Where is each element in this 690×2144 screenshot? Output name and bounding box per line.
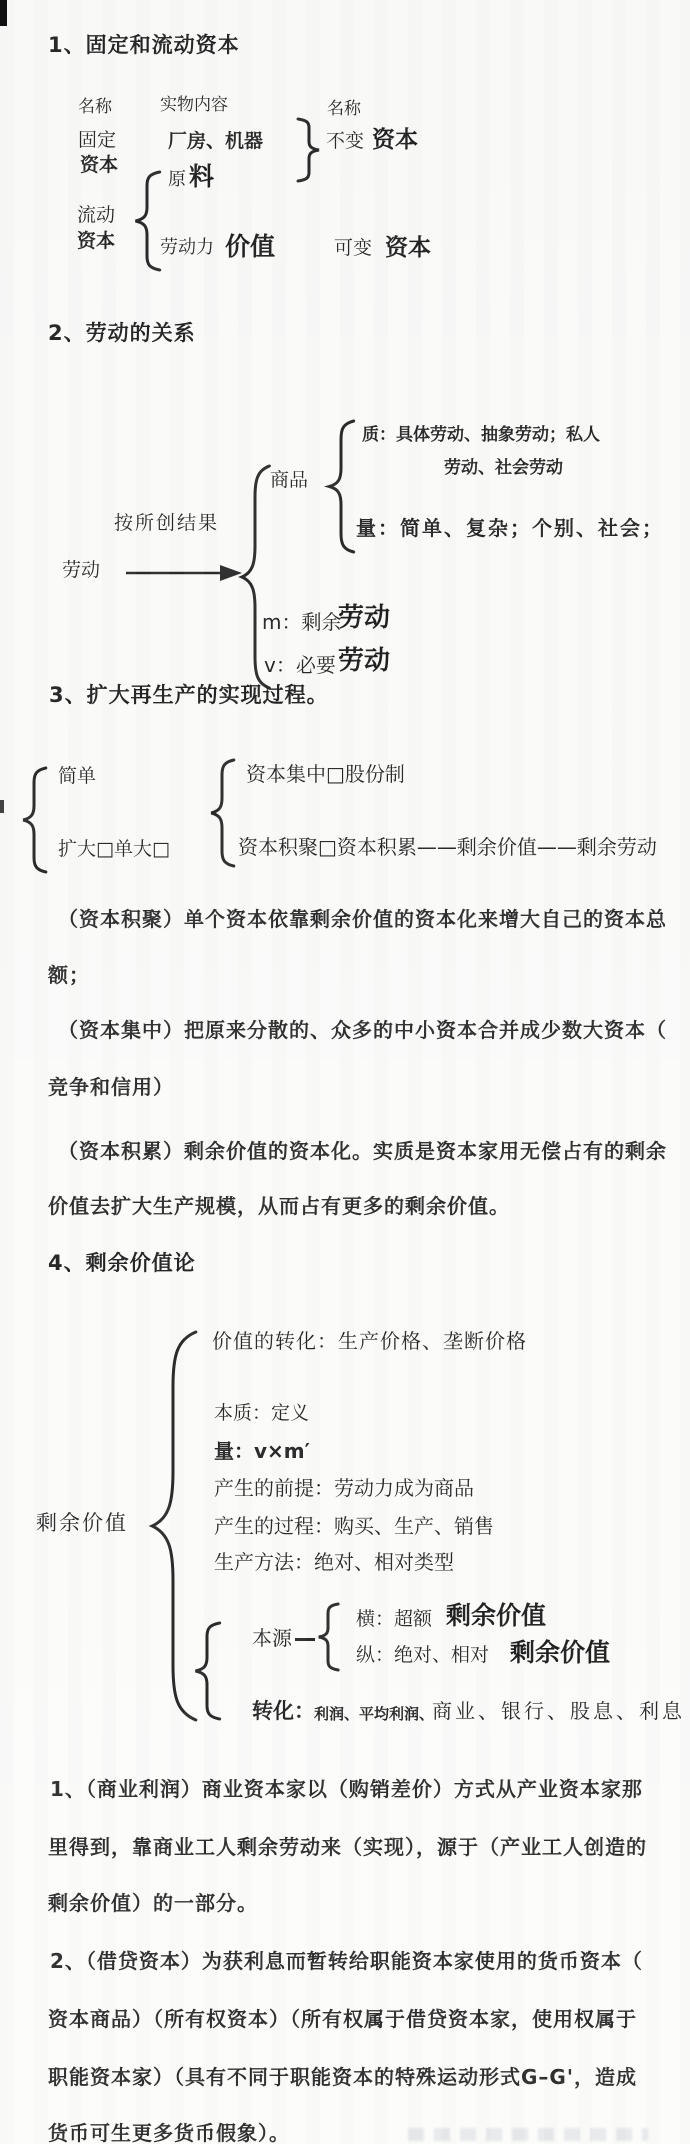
section2-title: 2、劳动的关系	[48, 321, 196, 345]
s2-labor: 劳动	[62, 560, 100, 582]
s4-premise: 产生的前提：劳动力成为商品	[214, 1477, 474, 1500]
s3-brace-left	[20, 768, 48, 872]
s4-essence: 本质：定义	[214, 1403, 309, 1425]
section4-title: 4、剩余价值论	[48, 1251, 196, 1275]
s4-horizontal-prefix: 横：超额	[356, 1609, 432, 1631]
s2-quantity-line: 量：简单、复杂；个别、社会；	[356, 517, 664, 540]
s4-quantity-formula: 量：v×m′	[214, 1440, 310, 1463]
s4-conversion-small: 利润、平均利润、	[314, 1706, 434, 1723]
s1-circulating-capital-line1: 流动	[77, 205, 115, 227]
s1-factory-machines: 厂房、机器	[168, 131, 263, 153]
s4-conversion-rest: 商业、银行、股息、利息	[432, 1700, 685, 1723]
s4-brace-origin-group	[192, 1623, 222, 1719]
s1-variable-capital: 资本	[385, 235, 431, 261]
s2-brace-commodity	[326, 421, 356, 552]
s1-raw-material-big: 料	[189, 163, 214, 192]
s4-note1-line3: 剩余价值）的一部分。	[48, 1892, 258, 1915]
s3-brace-right	[208, 760, 236, 866]
s3-paragraph2-line1: （资本集中）把原来分散的、众多的中小资本合并成少数大资本（	[58, 1019, 667, 1042]
s4-note2-line2: 资本商品）（所有权资本）（所有权属于借贷资本家，使用权属于	[48, 2008, 637, 2031]
s2-v-big: 劳动	[338, 647, 390, 677]
s1-col-header-name-right: 名称	[327, 100, 361, 120]
scan-artifact-top-left	[0, 0, 7, 26]
s3-paragraph2-line2: 竞争和信用）	[48, 1076, 174, 1099]
scan-artifact-left-tick	[0, 800, 4, 813]
s1-labor-power: 劳动力	[160, 238, 214, 259]
s1-value-big: 价值	[225, 233, 275, 262]
s1-raw-material-small: 原	[168, 170, 186, 191]
s4-note1-line2: 里得到，靠商业工人剩余劳动来（实现），源于（产业工人创造的	[48, 1836, 647, 1859]
s4-origin-connector	[295, 1638, 315, 1641]
s3-expanded: 扩大□单大□	[58, 839, 170, 861]
s4-note1-line1: 1、（商业利润）商业资本家以（购销差价）方式从产业资本家那	[50, 1778, 643, 1801]
labor-arrow	[124, 561, 244, 585]
s1-constant-capital: 资本	[372, 127, 418, 153]
s2-v-prefix: v：必要	[264, 654, 336, 677]
s4-note2-line3: 职能资本家）（具有不同于职能资本的特殊运动形式G–G'，造成	[48, 2066, 637, 2089]
s1-fixed-capital-line1: 固定	[78, 130, 116, 152]
s2-quality-line2: 劳动、社会劳动	[444, 459, 563, 479]
watermark-smudge	[408, 2128, 648, 2141]
s3-concentration: 资本集中□股份制	[246, 763, 405, 786]
s4-subject: 剩余价值	[36, 1511, 128, 1535]
s1-brace-circulating	[132, 172, 162, 270]
s3-paragraph1-line1: （资本积聚）单个资本依靠剩余价值的资本化来增大自己的资本总	[58, 908, 667, 931]
s4-conversion-label: 转化：	[252, 1699, 315, 1723]
s3-paragraph3-line1: （资本积累）剩余价值的资本化。实质是资本家用无偿占有的剩余	[58, 1140, 667, 1163]
s4-vertical-prefix: 纵：绝对、相对	[356, 1645, 489, 1667]
s4-horizontal-big: 剩余价值	[446, 1602, 546, 1631]
s3-paragraph3-line2: 价值去扩大生产规模，从而占有更多的剩余价值。	[48, 1195, 510, 1218]
s1-col-header-name-left: 名称	[78, 98, 112, 118]
section1-title: 1、固定和流动资本	[48, 33, 240, 57]
s1-circulating-capital-line2: 资本	[77, 231, 115, 253]
s4-note2-line1: 2、（借贷资本）为获利息而暂转给职能资本家使用的货币资本（	[50, 1950, 643, 1973]
s4-origin: 本源	[252, 1627, 292, 1650]
s1-brace-constant	[296, 119, 322, 181]
s3-paragraph1-line2: 额；	[48, 964, 90, 987]
notes-page: 1、固定和流动资本 名称 实物内容 名称 固定 资本 厂房、机器 不变 资本 原…	[0, 0, 690, 2144]
s3-accumulation-chain: 资本积聚□资本积累——剩余价值——剩余劳动	[238, 836, 657, 859]
s2-quality-line1: 质：具体劳动、抽象劳动；私人	[362, 426, 600, 446]
s4-note2-line4: 货币可生更多货币假象）。	[48, 2122, 290, 2144]
s2-m-big: 劳动	[338, 604, 390, 634]
s4-process: 产生的过程：购买、生产、销售	[214, 1515, 494, 1538]
s1-variable: 可变	[334, 238, 372, 260]
s3-simple: 简单	[58, 766, 96, 788]
section3-title: 3、扩大再生产的实现过程。	[49, 683, 329, 707]
s2-commodity: 商品	[270, 470, 308, 492]
s4-value-transform: 价值的转化：生产价格、垄断价格	[212, 1330, 527, 1353]
s4-brace-origin	[316, 1604, 340, 1670]
s2-arrow-label: 按所创结果	[114, 513, 219, 535]
s1-col-header-content: 实物内容	[160, 96, 228, 116]
s4-vertical-big: 剩余价值	[510, 1639, 610, 1668]
s4-method: 生产方法：绝对、相对类型	[214, 1551, 454, 1574]
s1-constant: 不变	[326, 131, 364, 153]
s2-m-prefix: m：剩余	[262, 611, 341, 634]
s1-fixed-capital-line2: 资本	[80, 155, 118, 177]
